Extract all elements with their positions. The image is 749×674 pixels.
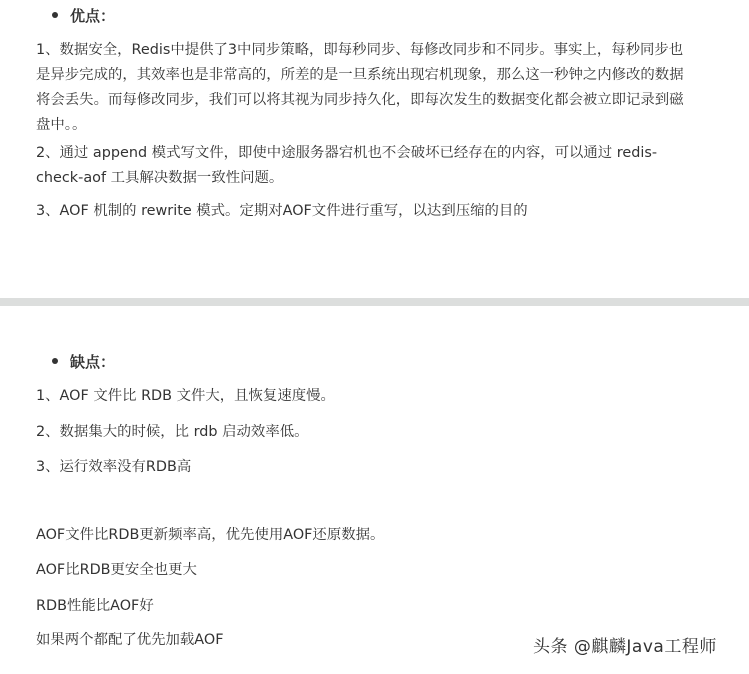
disadvantage-item-3: 3、运行效率没有RDB高 (36, 455, 676, 480)
advantage-item-1: 1、数据安全，Redis中提供了3中同步策略，即每秒同步、每修改同步和不同步。事… (36, 38, 686, 138)
disadvantage-item-1: 1、AOF 文件比 RDB 文件大，且恢复速度慢。 (36, 384, 676, 409)
advantage-item-2: 2、通过 append 模式写文件，即使中途服务器宕机也不会破坏已经存在的内容，… (36, 141, 676, 191)
watermark: 头条 @麒麟Java工程师 (533, 632, 717, 657)
bullet-icon (52, 12, 58, 18)
disadvantage-item-2: 2、数据集大的时候，比 rdb 启动效率低。 (36, 420, 676, 445)
disadvantages-heading-text: 缺点： (70, 351, 115, 372)
summary-line-1: AOF文件比RDB更新频率高，优先使用AOF还原数据。 (36, 523, 676, 548)
advantages-heading: 优点： (52, 4, 115, 26)
disadvantages-heading: 缺点： (52, 350, 115, 372)
advantages-heading-text: 优点： (70, 5, 115, 26)
advantage-item-3: 3、AOF 机制的 rewrite 模式。定期对AOF文件进行重写，以达到压缩的… (36, 199, 676, 224)
bullet-icon (52, 358, 58, 364)
section-divider (0, 298, 749, 306)
summary-line-3: RDB性能比AOF好 (36, 594, 676, 619)
summary-line-2: AOF比RDB更安全也更大 (36, 558, 676, 583)
